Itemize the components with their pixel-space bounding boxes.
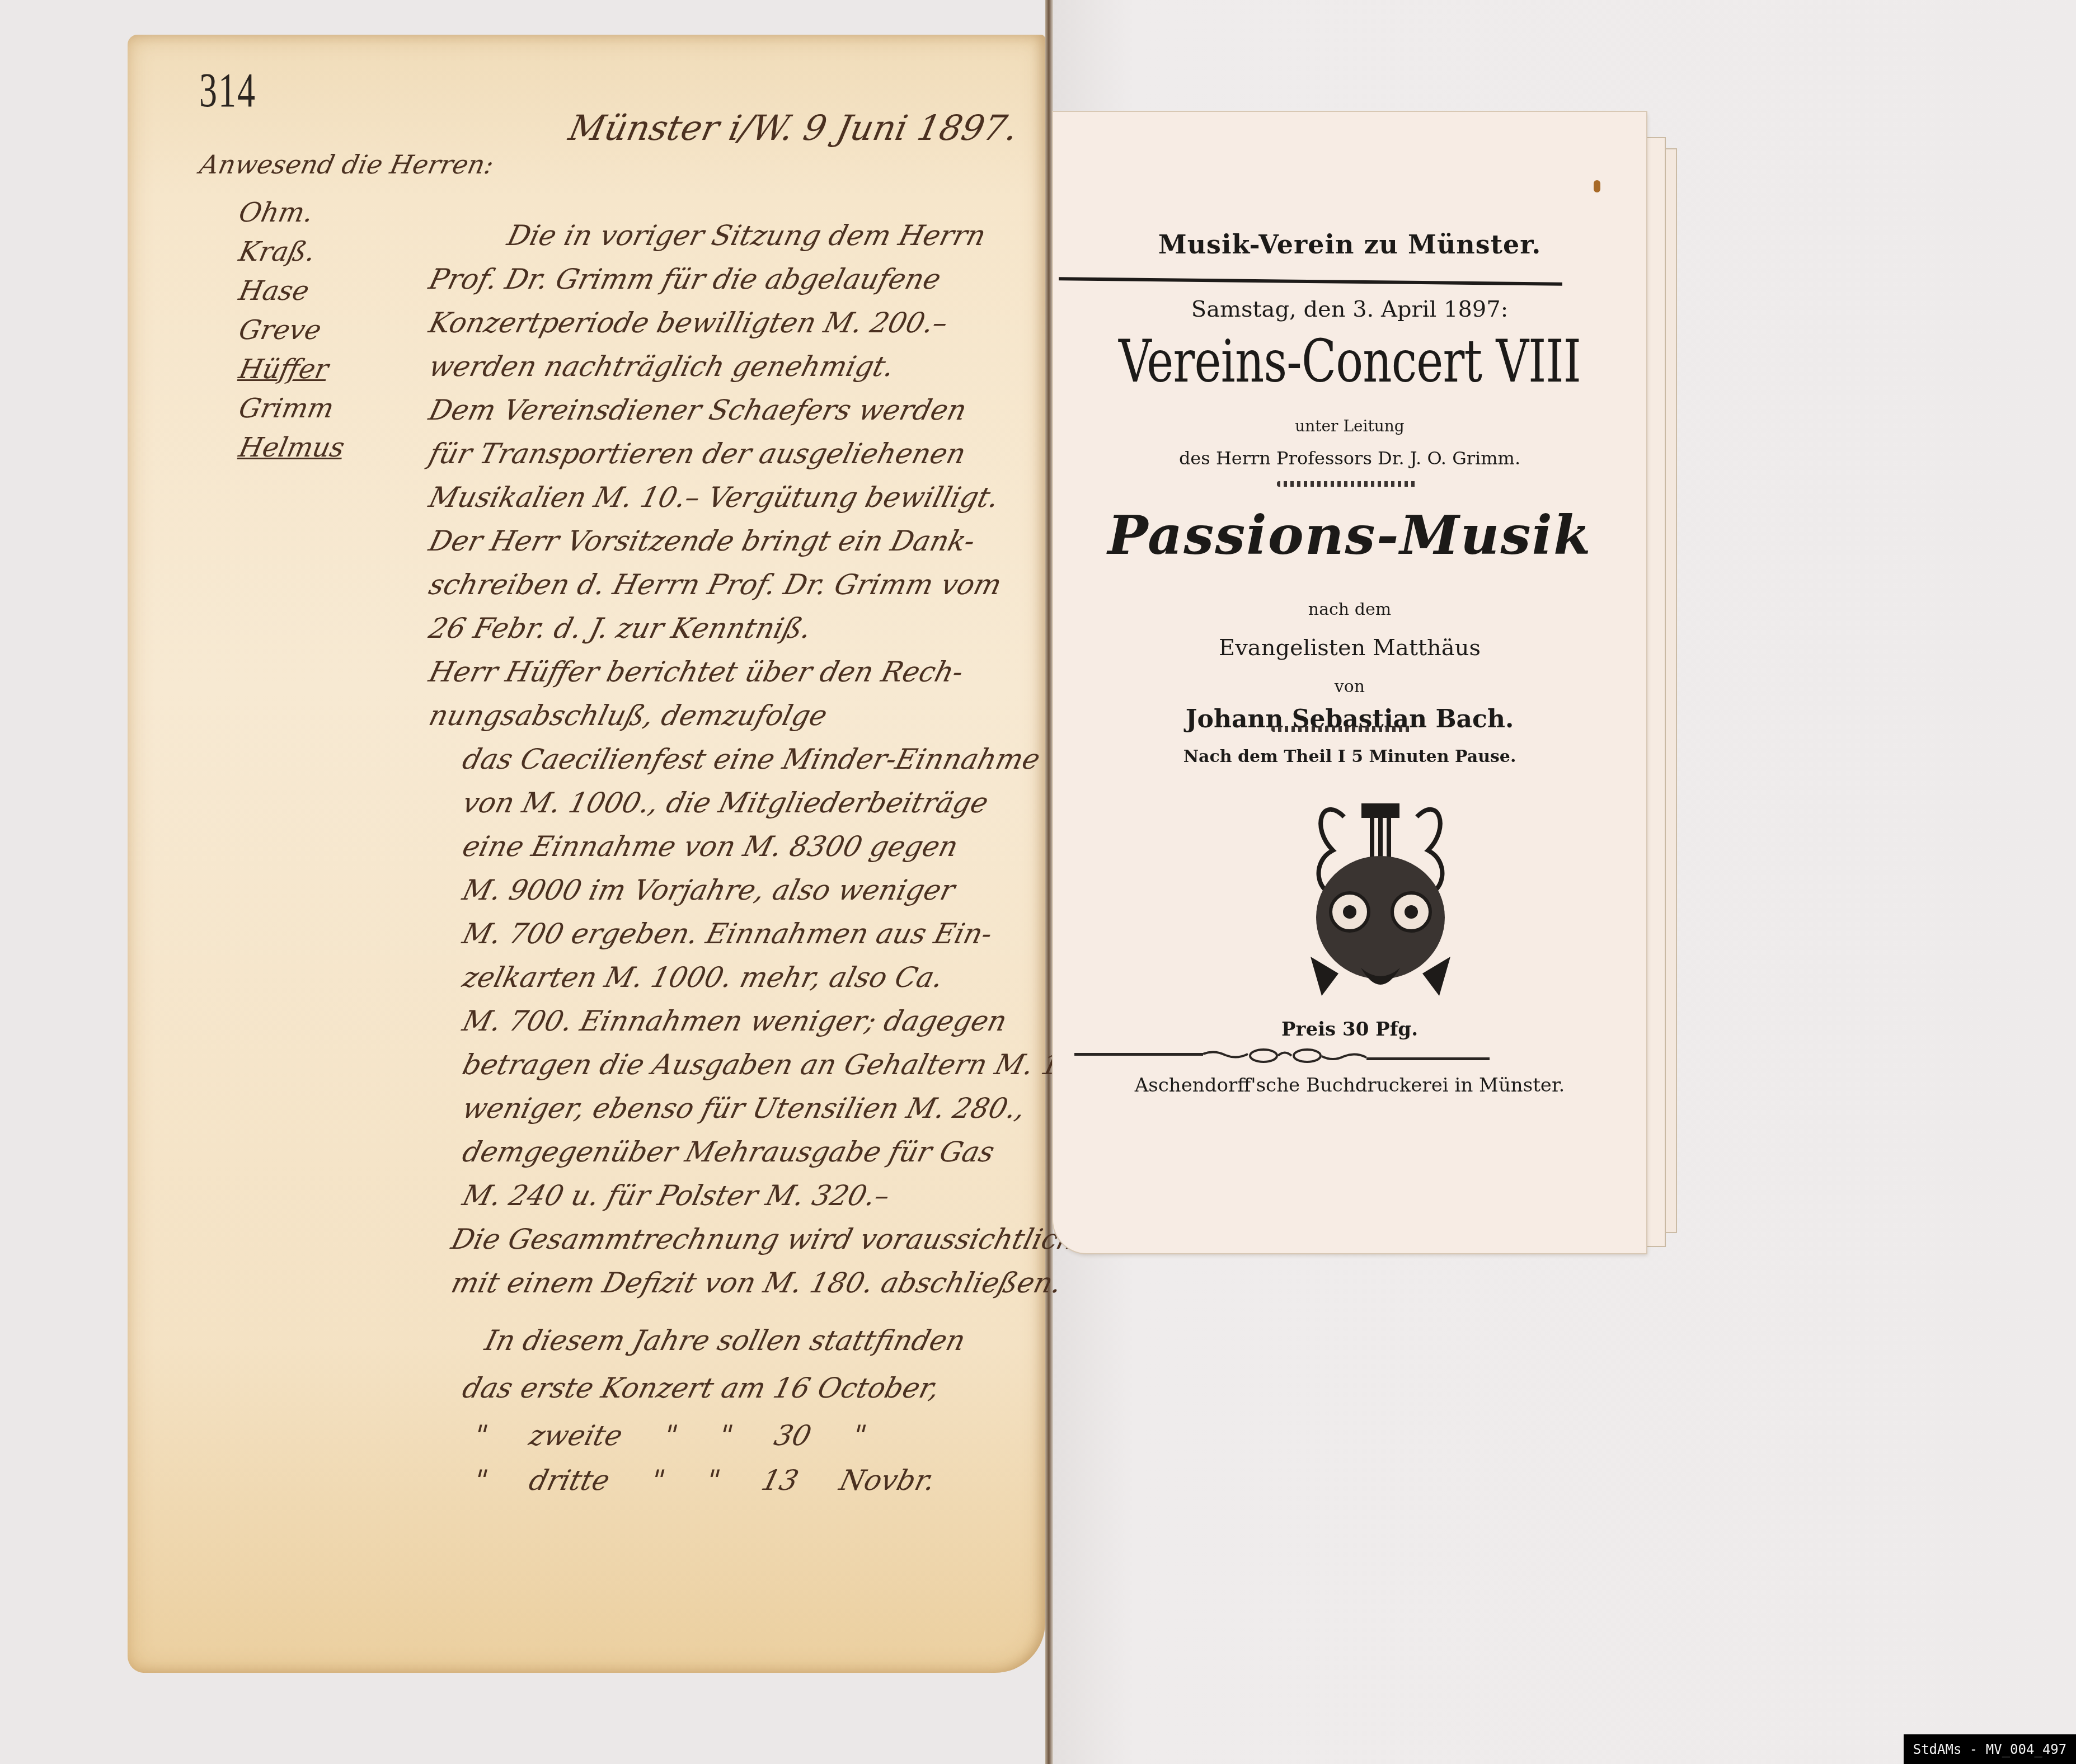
minutes-line: " dritte " " 13 Novbr. (471, 1464, 939, 1497)
minutes-date: Münster i/W. 9 Juni 1897. (565, 107, 1022, 148)
minutes-line: werden nachträglich genehmigt. (426, 350, 898, 383)
minutes-line: Der Herr Vorsitzende bringt ein Dank- (426, 525, 979, 557)
concert-date: Samstag, den 3. April 1897: (1053, 297, 1646, 322)
minutes-line: nungsabschluß, demzufolge (426, 699, 831, 732)
heading-rule (1059, 277, 1562, 285)
direction-label: unter Leitung (1053, 417, 1646, 435)
concert-program-insert: Musik-Verein zu Münster. Samstag, den 3.… (1053, 112, 1646, 1253)
attendee: Grimm (236, 393, 337, 424)
minutes-line: Prof. Dr. Grimm für die abgelaufene (426, 263, 945, 295)
attendee: Hüffer (236, 354, 331, 385)
minutes-line: M. 700 ergeben. Einnahmen aus Ein- (459, 918, 996, 950)
after-label: nach dem (1053, 600, 1646, 619)
attendee: Greve (236, 314, 324, 346)
page-number: 314 (199, 63, 256, 119)
minutes-line: mit einem Defizit von M. 180. abschließe… (448, 1267, 1065, 1299)
minutes-line: demgegenüber Mehrausgabe für Gas (459, 1136, 998, 1168)
wavy-divider (1271, 726, 1411, 732)
minutes-line: eine Einnahme von M. 8300 gegen (459, 830, 962, 863)
concert-title: Vereins-Concert VIII (1119, 327, 1581, 396)
minutes-line: das erste Konzert am 16 October, (459, 1372, 943, 1404)
attendee: Helmus (236, 432, 347, 463)
price-label: Preis 30 Pfg. (1053, 1018, 1646, 1041)
attendance-label: Anwesend die Herren: (197, 149, 496, 180)
minutes-line: M. 9000 im Vorjahre, also weniger (459, 874, 959, 906)
minutes-line: " zweite " " 30 " (471, 1419, 870, 1452)
printer-imprint: Aschendorff'sche Buchdruckerei in Münste… (1053, 1074, 1646, 1097)
minutes-line: das Caecilienfest eine Minder-Einnahme (459, 743, 1044, 775)
footer-rule (1366, 1057, 1490, 1060)
attendee: Kraß. (236, 236, 318, 267)
minutes-line: von M. 1000., die Mitgliederbeiträge (459, 787, 992, 819)
archive-caption: StdAMs - MV_004_497 (1904, 1734, 2076, 1764)
minutes-line: weniger, ebenso für Utensilien M. 280., (459, 1092, 1029, 1125)
minutes-line: In diesem Jahre sollen stattfinden (482, 1324, 969, 1357)
by-label: von (1053, 677, 1646, 697)
handwritten-minutes-page: 314 Münster i/W. 9 Juni 1897. Anwesend d… (128, 35, 1045, 1673)
minutes-line: Konzertperiode bewilligten M. 200.– (426, 307, 951, 339)
minutes-line: 26 Febr. d. J. zur Kenntniß. (426, 612, 815, 645)
attendee: Hase (236, 275, 312, 307)
minutes-line: Die Gesammtrechnung wird voraussichtlich (448, 1223, 1080, 1255)
minutes-line: Musikalien M. 10.– Vergütung bewilligt. (426, 481, 1003, 514)
evangelist-line: Evangelisten Matthäus (1053, 635, 1646, 661)
minutes-line: Dem Vereinsdiener Schaefers werden (426, 394, 970, 426)
minutes-line: Herr Hüffer berichtet über den Rech- (426, 656, 967, 688)
paper-stain (1594, 180, 1600, 192)
work-title: Passions-Musik (1053, 504, 1646, 567)
minutes-line: schreiben d. Herrn Prof. Dr. Grimm vom (426, 568, 1005, 601)
book-gutter (1045, 0, 1053, 1764)
minutes-line: für Transportieren der ausgeliehenen (426, 438, 969, 470)
rule-ornament-icon (1203, 1047, 1366, 1064)
minutes-line: Die in voriger Sitzung dem Herrn (504, 219, 989, 252)
intermission-note: Nach dem Theil I 5 Minuten Pause. (1053, 747, 1646, 766)
conductor-name: des Herrn Professors Dr. J. O. Grimm. (1053, 448, 1646, 469)
wavy-divider (1277, 481, 1417, 487)
attendee: Ohm. (236, 197, 316, 228)
minutes-line: betragen die Ausgaben an Gehaltern M. 10… (459, 1048, 1117, 1081)
minutes-line: zelkarten M. 1000. mehr, also Ca. (459, 961, 947, 994)
society-heading: Musik-Verein zu Münster. (1053, 229, 1646, 260)
lyre-wreath-ornament-icon (1288, 783, 1473, 1007)
footer-rule (1074, 1053, 1203, 1056)
minutes-line: M. 240 u. für Polster M. 320.– (459, 1179, 893, 1212)
minutes-line: M. 700. Einnahmen weniger; dagegen (459, 1005, 1011, 1037)
